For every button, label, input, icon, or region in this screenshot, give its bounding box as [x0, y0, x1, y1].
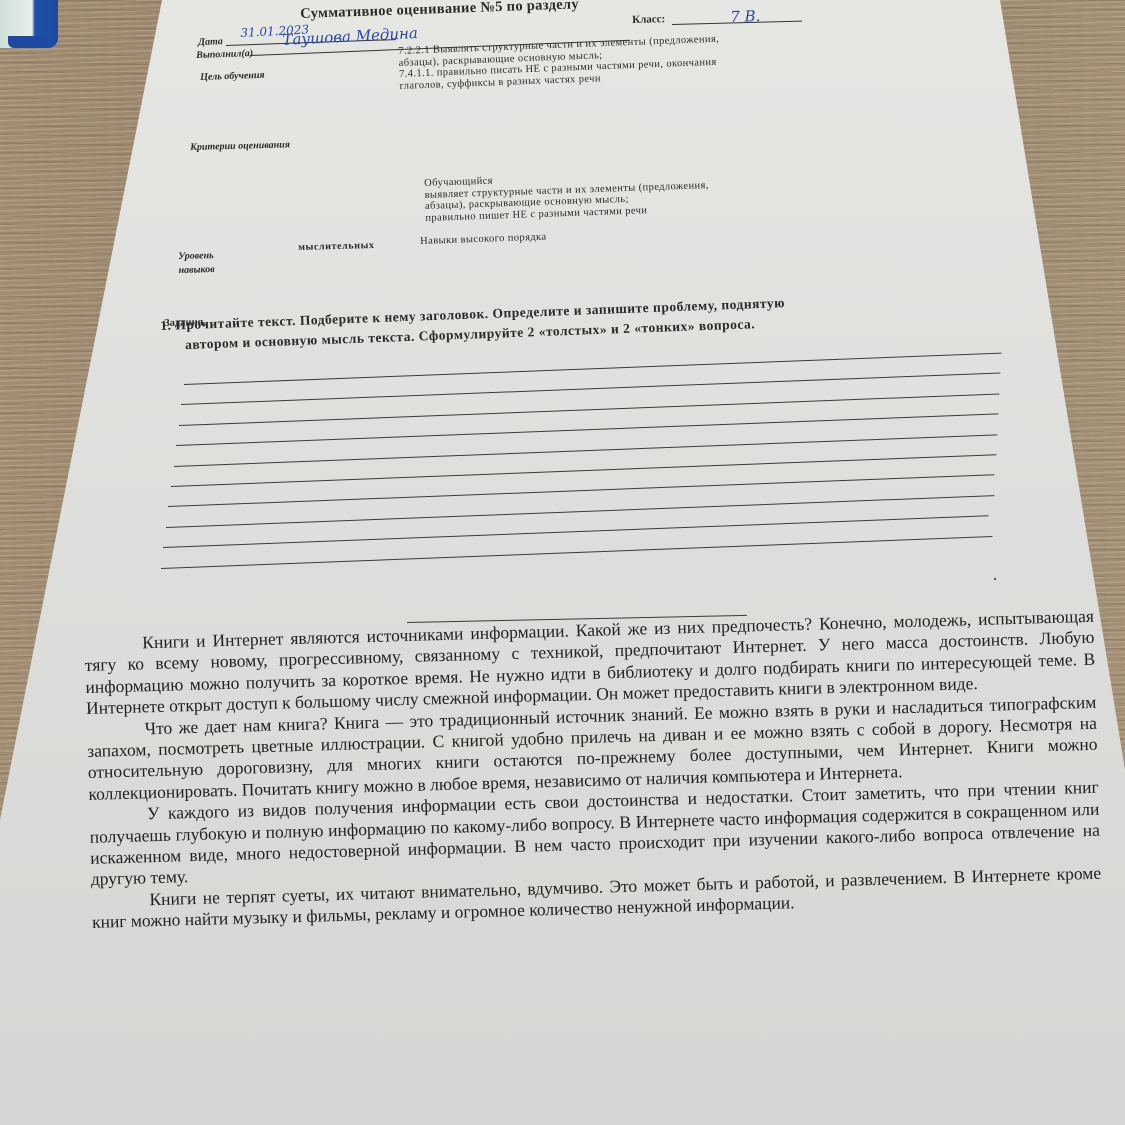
criteria-text: Обучающийся выявляет структурные части и… [424, 163, 865, 224]
answer-line[interactable] [166, 495, 994, 528]
answer-line[interactable] [163, 515, 988, 548]
skill-level-middle: мыслительных [298, 240, 375, 253]
paper-speck [994, 578, 996, 580]
answer-line[interactable] [181, 373, 1000, 405]
worksheet-title: Суммативное оценивание №5 по разделу [300, 0, 579, 23]
date-label: Дата [198, 36, 223, 48]
skill-level-value: Навыки высокого порядка [420, 232, 547, 248]
answer-line[interactable] [171, 454, 996, 487]
answer-line[interactable] [179, 393, 999, 426]
answer-line[interactable] [161, 536, 992, 569]
skill-level-label-line: навыков [178, 263, 214, 278]
reading-passage: Книги и Интернет являются источниками ин… [84, 606, 1102, 934]
skill-level-label: Уровень навыков [178, 249, 215, 278]
learning-goal-text: 7.2.2.1 Выявлять структурные части и их … [398, 29, 849, 92]
task-1-instructions: 1. Прочитайте текст. Подберите к нему за… [160, 285, 1001, 356]
worksheet-paper: Суммативное оценивание №5 по разделу Кла… [0, 0, 1125, 1125]
criteria-label: Критерии оценивания [190, 139, 290, 153]
answer-line[interactable] [184, 353, 1001, 385]
class-label: Класс: [632, 13, 665, 26]
class-field[interactable]: 7 В. [730, 7, 761, 26]
answer-line[interactable] [168, 475, 994, 508]
answer-line[interactable] [176, 414, 998, 447]
skill-level-label-line: Уровень [178, 249, 214, 264]
answer-line[interactable] [174, 434, 997, 467]
worksheet-content: Суммативное оценивание №5 по разделу Кла… [0, 0, 1125, 1125]
blue-object-corner [0, 0, 58, 48]
performer-label: Выполнил(а) [196, 48, 253, 61]
learning-goal-label: Цель обучения [200, 70, 265, 83]
